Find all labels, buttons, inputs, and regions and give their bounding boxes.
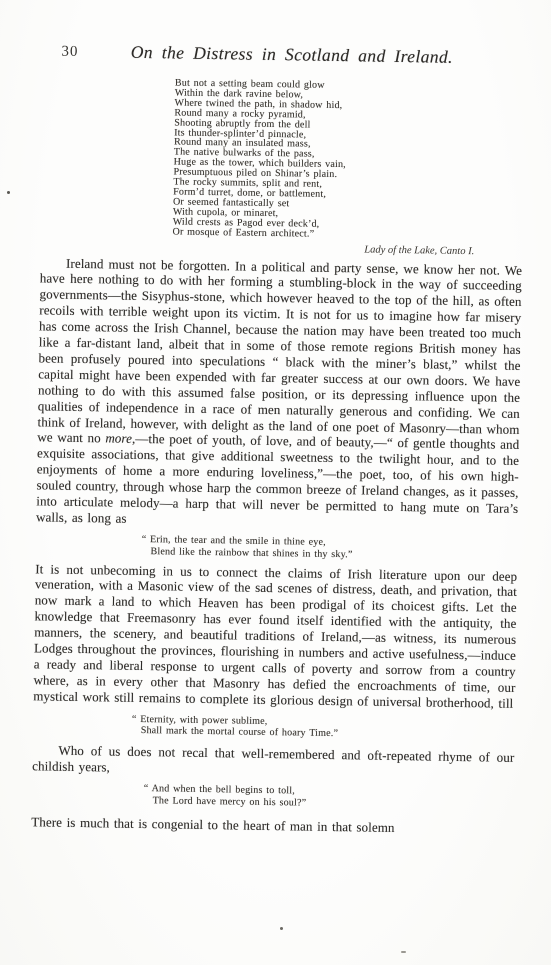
quote-erin: “ Erin, the tear and the smile in thine … bbox=[141, 534, 518, 564]
scan-speck bbox=[401, 951, 406, 953]
page-header: 30 On the Distress in Scotland and Irela… bbox=[37, 40, 526, 72]
emphasis-more: more bbox=[105, 431, 132, 446]
paragraph-who-of-us: Who of us does not recal that well-remem… bbox=[32, 743, 514, 782]
paragraph-text: Ireland must not be forgotten. In a poli… bbox=[37, 255, 522, 446]
quote-bell: “ And when the bell begins to toll, The … bbox=[144, 783, 515, 812]
paragraph-unbecoming: It is not unbecoming in us to connect th… bbox=[33, 561, 517, 712]
quote-eternity: “ Eternity, with power sublime, Shall ma… bbox=[132, 714, 516, 744]
poem-lady-of-the-lake: But not a setting beam could glow Within… bbox=[172, 78, 525, 242]
scanned-book-page: 30 On the Distress in Scotland and Irela… bbox=[0, 0, 551, 965]
page-title: On the Distress in Scotland and Ireland. bbox=[47, 40, 536, 69]
scan-speck bbox=[7, 191, 10, 194]
scan-speck bbox=[280, 927, 283, 930]
poem-attribution: Lady of the Lake, Canto I. bbox=[364, 243, 523, 258]
paragraph-ireland: Ireland must not be forgotten. In a poli… bbox=[36, 255, 522, 533]
page-content: 30 On the Distress in Scotland and Irela… bbox=[0, 0, 551, 965]
paragraph-there-is-much: There is much that is congenial to the h… bbox=[31, 814, 513, 837]
